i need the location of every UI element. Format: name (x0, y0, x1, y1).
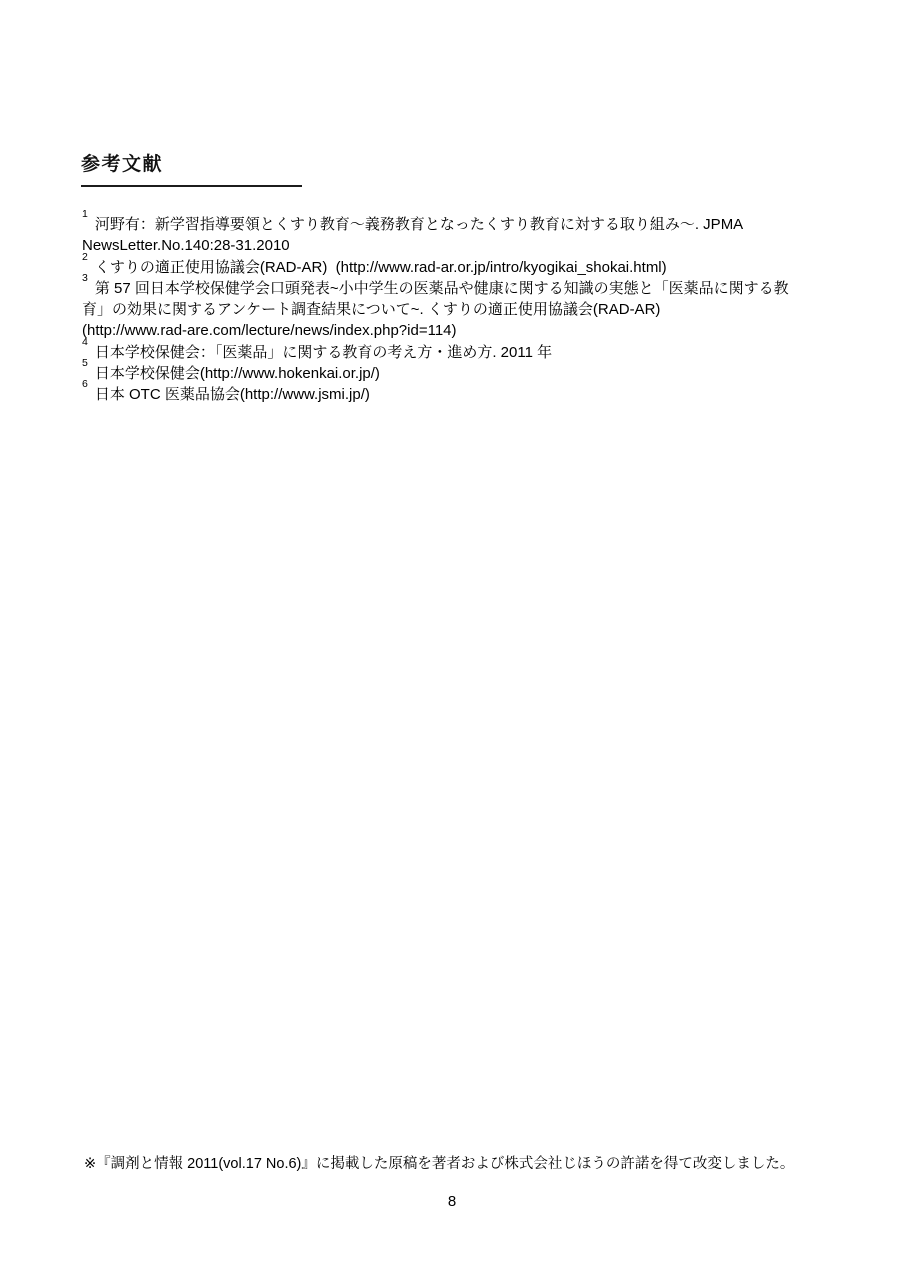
reference-item: 2くすりの適正使用協議会(RAD-AR) (http://www.rad-ar.… (82, 257, 860, 278)
reference-text: 第 57 回日本学校保健学会口頭発表~小中学生の医薬品や健康に関する知識の実態と… (95, 280, 789, 297)
reference-item: 6日本 OTC 医薬品協会(http://www.jsmi.jp/) (82, 384, 860, 405)
document-page: 参考文献 1河野有：新学習指導要領とくすり教育～義務教育となったくすり教育に対す… (0, 0, 904, 1280)
reference-text: (http://www.rad-are.com/lecture/news/ind… (82, 322, 457, 339)
reference-text: 育」の効果に関するアンケート調査結果について~. くすりの適正使用協議会(RAD… (82, 301, 660, 318)
reference-text: くすりの適正使用協議会(RAD-AR) (http://www.rad-ar.o… (95, 259, 667, 276)
reference-item: 5日本学校保健会(http://www.hokenkai.or.jp/) (82, 363, 860, 384)
title-underline (81, 185, 302, 187)
reference-text: 日本学校保健会：「医薬品」に関する教育の考え方・進め方. 2011 年 (95, 344, 552, 361)
reference-item: 3第 57 回日本学校保健学会口頭発表~小中学生の医薬品や健康に関する知識の実態… (82, 278, 860, 342)
references-list: 1河野有：新学習指導要領とくすり教育～義務教育となったくすり教育に対する取り組み… (82, 214, 860, 406)
reference-text: 日本 OTC 医薬品協会(http://www.jsmi.jp/) (95, 386, 370, 403)
reference-text: 日本学校保健会(http://www.hokenkai.or.jp/) (95, 365, 380, 382)
reference-text: 河野有：新学習指導要領とくすり教育～義務教育となったくすり教育に対する取り組み～… (95, 216, 743, 233)
reference-item: 4日本学校保健会：「医薬品」に関する教育の考え方・進め方. 2011 年 (82, 342, 860, 363)
page-title: 参考文献 (81, 149, 163, 176)
page-number: 8 (0, 1193, 904, 1210)
footer-permission-note: ※『調剤と情報 2011(vol.17 No.6)』に掲載した原稿を著者および株… (84, 1154, 794, 1174)
reference-text: NewsLetter.No.140:28-31.2010 (82, 237, 290, 254)
reference-item: 1河野有：新学習指導要領とくすり教育～義務教育となったくすり教育に対する取り組み… (82, 214, 860, 257)
